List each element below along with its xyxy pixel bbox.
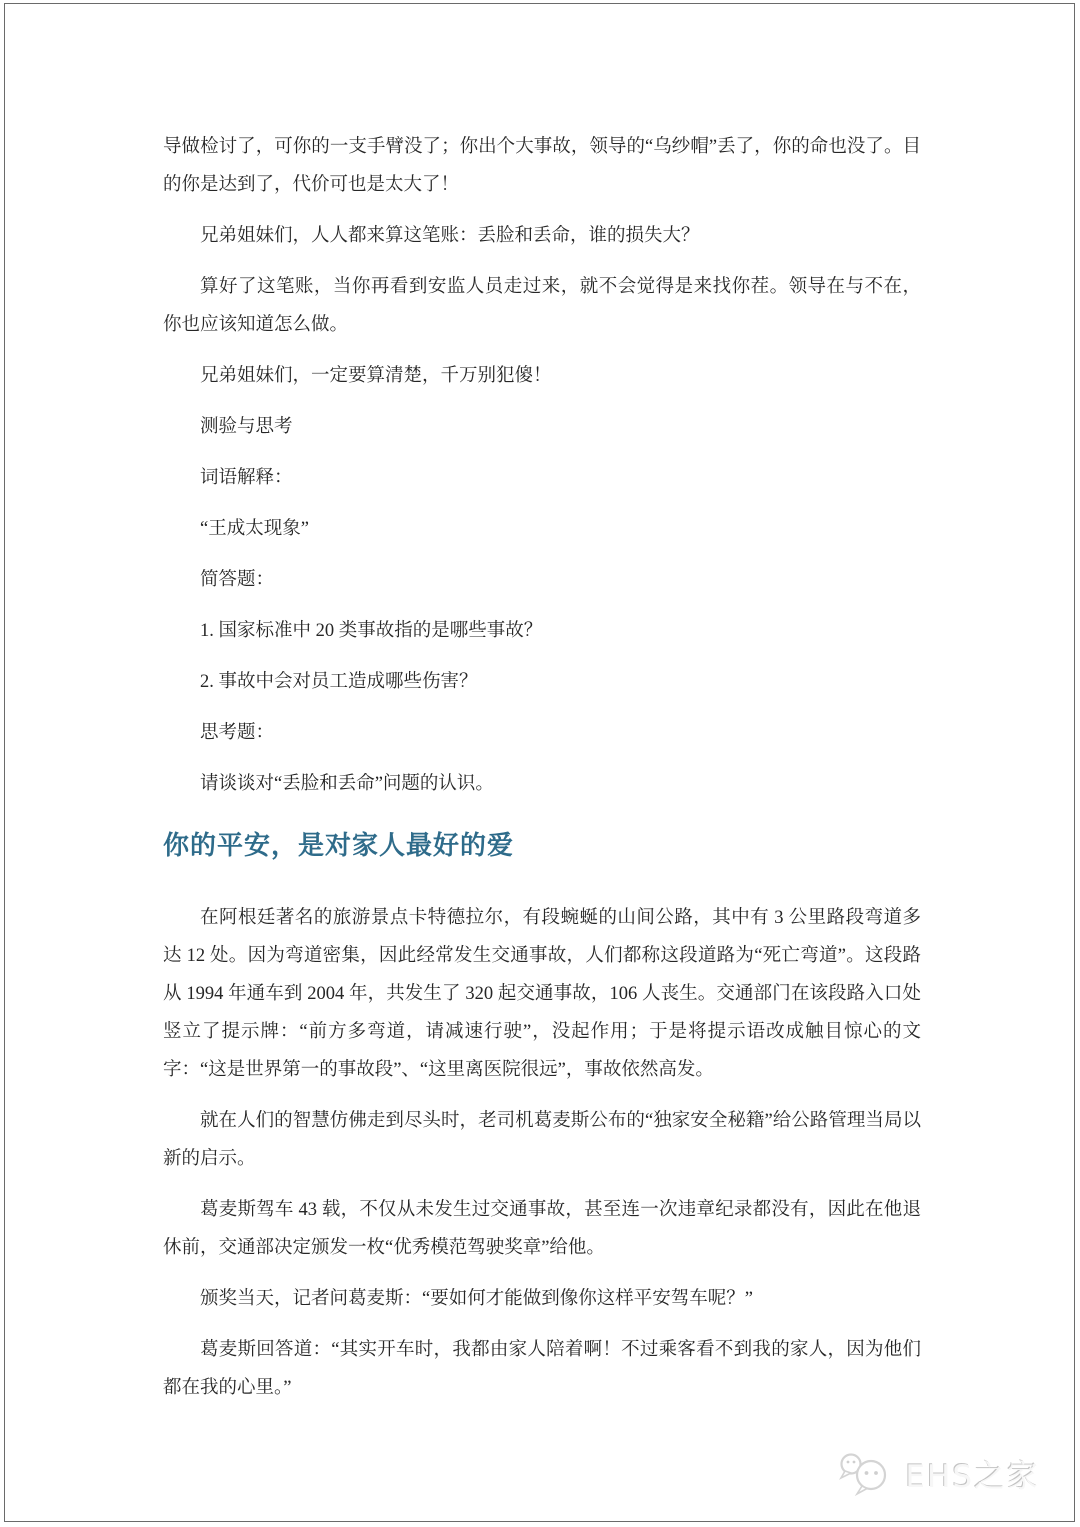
- body-paragraph: 葛麦斯回答道：“其实开车时，我都由家人陪着啊！不过乘客看不到我的家人，因为他们都…: [163, 1331, 921, 1407]
- body-paragraph: 导做检讨了，可你的一支手臂没了；你出个大事故，领导的“乌纱帽”丢了，你的命也没了…: [163, 128, 921, 204]
- watermark-label: EHS之家: [905, 1451, 1040, 1496]
- body-paragraph: 在阿根廷著名的旅游景点卡特德拉尔，有段蜿蜒的山间公路，其中有 3 公里路段弯道多…: [163, 899, 921, 1089]
- body-paragraph: 就在人们的智慧仿佛走到尽头时，老司机葛麦斯公布的“独家安全秘籍”给公路管理当局以…: [163, 1102, 921, 1178]
- body-paragraph: 兄弟姐妹们，一定要算清楚，千万别犯傻！: [163, 357, 921, 395]
- wechat-bubbles-icon: [837, 1450, 895, 1496]
- quiz-item-label: 思考题：: [163, 714, 921, 752]
- quiz-item-label: 简答题：: [163, 561, 921, 599]
- body-paragraph: 葛麦斯驾车 43 载，不仅从未发生过交通事故，甚至连一次违章纪录都没有，因此在他…: [163, 1191, 921, 1267]
- quiz-section-label: 测验与思考: [163, 408, 921, 446]
- article-body: 导做检讨了，可你的一支手臂没了；你出个大事故，领导的“乌纱帽”丢了，你的命也没了…: [163, 128, 921, 1420]
- section-heading: 你的平安，是对家人最好的爱: [163, 827, 921, 863]
- quiz-question: 1. 国家标准中 20 类事故指的是哪些事故？: [163, 612, 921, 650]
- body-paragraph: 兄弟姐妹们，人人都来算这笔账：丢脸和丢命，谁的损失大？: [163, 217, 921, 255]
- quiz-item-label: 词语解释：: [163, 459, 921, 497]
- body-paragraph: 颁奖当天，记者问葛麦斯：“要如何才能做到像你这样平安驾车呢？”: [163, 1280, 921, 1318]
- quiz-question: 2. 事故中会对员工造成哪些伤害？: [163, 663, 921, 701]
- body-paragraph: 算好了这笔账，当你再看到安监人员走过来，就不会觉得是来找你茬。领导在与不在，你也…: [163, 268, 921, 344]
- watermark: EHS之家: [837, 1450, 1040, 1496]
- quiz-question: 请谈谈对“丢脸和丢命”问题的认识。: [163, 765, 921, 803]
- quiz-term: “王成太现象”: [163, 510, 921, 548]
